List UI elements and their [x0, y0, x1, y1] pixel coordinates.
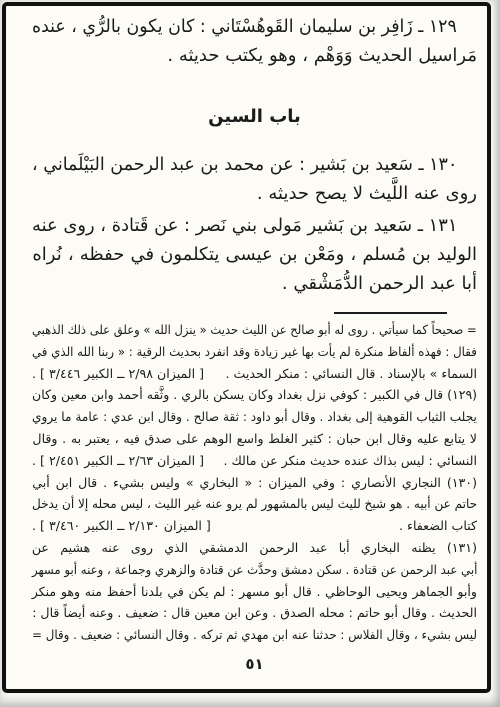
- footnote-last-line-continuation: ليس بشيء ، وقال الفلاس : حدثنا عنه ابن م…: [32, 624, 477, 646]
- footnote-line: وأبو الجماهر ويحيى الوحاظي . قال أبو مسه…: [32, 581, 477, 603]
- entry-129-line-2: مَراسيل الحديث وَوَهْم ، وهو يكتب حديثه …: [32, 41, 477, 70]
- footnote-line: أبي عبد الرحمن عن قتادة . سكن دمشق وحدَّ…: [32, 559, 477, 581]
- footnote-line: الحديث . وقال أبو حاتم : محله الصدق . وع…: [32, 602, 477, 624]
- footnote-line-text: الحديث . وقال أبو حاتم : محله الصدق . وع…: [32, 602, 477, 624]
- footnote-line-text: حاتم عن أبيه . هو شيخ لليث ليس بالمشهور …: [32, 493, 477, 515]
- footnote-line-with-citation: السماء » بالإسناد . قال النسائي : منكر ا…: [32, 363, 477, 385]
- footnote-line-text: النسائي : ليس بذاك عنده حديث منكر عن مال…: [223, 450, 477, 472]
- entry-130: ١٣٠ ـ سَعيد بن بَشير : عن محمد بن عبد ال…: [32, 150, 477, 208]
- footnote-line: لا يتابع عليه وقال ابن حبان : كثير الغلط…: [32, 428, 477, 450]
- footnote-line-text: (١٣١) يظنه البخاري أبا عبد الرحمن الدمشق…: [32, 537, 477, 559]
- footnote-131-line: (١٣١) يظنه البخاري أبا عبد الرحمن الدمشق…: [32, 537, 477, 559]
- entry-130-line-1: ١٣٠ ـ سَعيد بن بَشير : عن محمد بن عبد ال…: [32, 150, 477, 179]
- citation-mizan-kabir-2: [ الميزان ٢/٦٣ ــ الكبير ٢/٤٥١ ] .: [32, 450, 204, 472]
- chapter-heading: باب السين: [32, 104, 477, 130]
- footnote-129-line: (١٢٩) قال في الكبير : كوفي نزل بغداد وكا…: [32, 384, 477, 406]
- entry-131: ١٣١ ـ سَعيد بن بَشير مَولى بني نَصر : عن…: [32, 211, 477, 298]
- entry-130-line-1-text: ١٣٠ ـ سَعيد بن بَشير : عن محمد بن عبد ال…: [32, 150, 457, 179]
- footnote-line-text: (١٢٩) قال في الكبير : كوفي نزل بغداد وكا…: [32, 384, 477, 406]
- footnote-line-text: السماء » بالإسناد . قال النسائي : منكر ا…: [225, 363, 477, 385]
- footnote-line-text: = صحيحاً كما سيأتي . روى له أبو صالح عن …: [32, 319, 477, 341]
- footnote-line: حاتم عن أبيه . هو شيخ لليث ليس بالمشهور …: [32, 493, 477, 515]
- citation-mizan-kabir-1: [ الميزان ٢/٩٨ ــ الكبير ٣/٤٤٦ ] .: [32, 363, 204, 385]
- footnote-separator-line: [334, 312, 447, 314]
- entry-131-line-3: أبا عبد الرحمن الدُّمَشْقي .: [32, 269, 477, 298]
- footnote-line-text: وأبو الجماهر ويحيى الوحاظي . قال أبو مسه…: [32, 581, 477, 603]
- footnote-block: = صحيحاً كما سيأتي . روى له أبو صالح عن …: [32, 319, 477, 646]
- entry-129-line-1: ١٢٩ ـ زَافِر بن سليمان القَوهُسْتَاني : …: [32, 12, 477, 41]
- footnote-line-text: يجلب الثياب القوهية إلى بغداد . وقال أبو…: [32, 406, 477, 428]
- page-border-frame: ١٢٩ ـ زَافِر بن سليمان القَوهُسْتَاني : …: [2, 2, 491, 693]
- entry-129-line-2-text: مَراسيل الحديث وَوَهْم ، وهو يكتب حديثه …: [167, 41, 477, 70]
- footnote-line-text: ليس بشيء ، وقال الفلاس : حدثنا عنه ابن م…: [32, 624, 477, 646]
- scanned-page-photo: ١٢٩ ـ زَافِر بن سليمان القَوهُسْتَاني : …: [0, 0, 500, 707]
- entry-129-line-1-text: ١٢٩ ـ زَافِر بن سليمان القَوهُسْتَاني : …: [32, 12, 457, 41]
- entry-131-line-3-text: أبا عبد الرحمن الدُّمَشْقي .: [282, 269, 477, 298]
- entry-131-line-2: الوليد بن مُسلم ، ومَعْن بن عيسى يتكلمون…: [32, 240, 477, 269]
- entry-131-line-1: ١٣١ ـ سَعيد بن بَشير مَولى بني نَصر : عن…: [32, 211, 477, 240]
- page-number: ٥١: [32, 653, 477, 675]
- footnote-line-text: فقال : فهذه ألفاظ منكرة لم يأت بها غير ز…: [32, 341, 477, 363]
- footnote-line: فقال : فهذه ألفاظ منكرة لم يأت بها غير ز…: [32, 341, 477, 363]
- footnote-continuation-line: = صحيحاً كما سيأتي . روى له أبو صالح عن …: [32, 319, 477, 341]
- entry-130-line-2-text: روى عنه اللَّيث لا يصح حديثه .: [257, 179, 477, 208]
- footnote-line-text: (١٣٠) النجاري الأنصاري : وفي الميزان : «…: [32, 472, 477, 494]
- entry-131-line-1-text: ١٣١ ـ سَعيد بن بَشير مَولى بني نَصر : عن…: [32, 211, 457, 240]
- entry-130-line-2: روى عنه اللَّيث لا يصح حديثه .: [32, 179, 477, 208]
- footnote-line-with-citation: كتاب الضعفاء .[ الميزان ٢/١٣٠ ــ الكبير …: [32, 515, 477, 537]
- entry-129: ١٢٩ ـ زَافِر بن سليمان القَوهُسْتَاني : …: [32, 12, 477, 70]
- page-content: ١٢٩ ـ زَافِر بن سليمان القَوهُسْتَاني : …: [6, 6, 487, 689]
- footnote-line-text: لا يتابع عليه وقال ابن حبان : كثير الغلط…: [32, 428, 477, 450]
- footnote-line-text: كتاب الضعفاء .: [399, 515, 477, 537]
- entry-131-line-2-text: الوليد بن مُسلم ، ومَعْن بن عيسى يتكلمون…: [32, 240, 477, 269]
- footnote-line: يجلب الثياب القوهية إلى بغداد . وقال أبو…: [32, 406, 477, 428]
- footnote-line-with-citation: النسائي : ليس بذاك عنده حديث منكر عن مال…: [32, 450, 477, 472]
- footnote-130-line: (١٣٠) النجاري الأنصاري : وفي الميزان : «…: [32, 472, 477, 494]
- footnote-line-text: أبي عبد الرحمن عن قتادة . سكن دمشق وحدَّ…: [32, 559, 477, 581]
- citation-mizan-kabir-3: [ الميزان ٢/١٣٠ ــ الكبير ٣/٤٦٠ ] .: [32, 515, 211, 537]
